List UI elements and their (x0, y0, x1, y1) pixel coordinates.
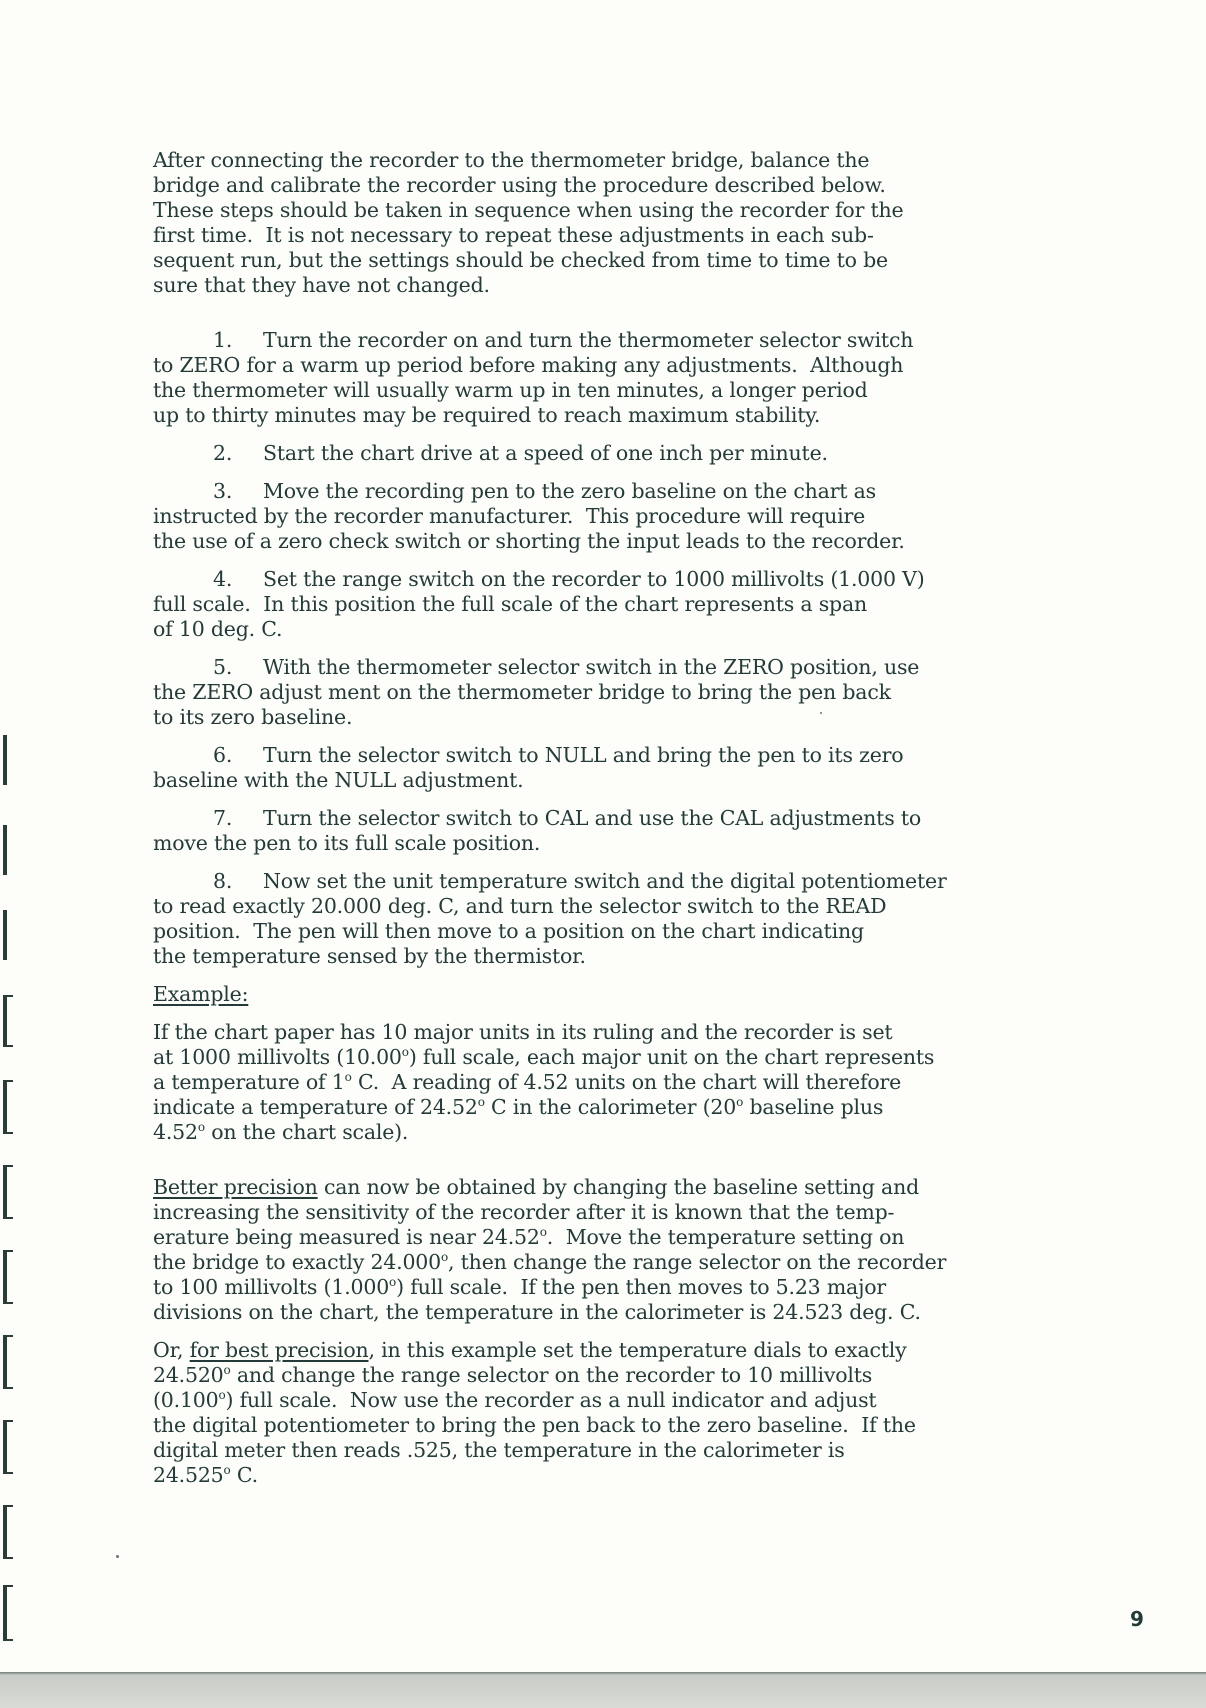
step-number: 2. (153, 441, 263, 466)
step-number: 7. (153, 806, 263, 831)
better-precision-label: Better precision (153, 1175, 318, 1199)
procedure-step: 2.Start the chart drive at a speed of on… (153, 441, 1143, 466)
procedure-step: 4.Set the range switch on the recorder t… (153, 567, 1143, 642)
step-number: 1. (153, 328, 263, 353)
binder-mark (3, 1335, 13, 1389)
step-number: 5. (153, 655, 263, 680)
binder-mark (3, 1585, 13, 1641)
binder-mark (3, 1250, 13, 1304)
procedure-step: 7.Turn the selector switch to CAL and us… (153, 806, 1143, 856)
step-number: 3. (153, 479, 263, 504)
scan-bottom-edge (0, 1672, 1206, 1708)
intro-line: first time. It is not necessary to repea… (153, 223, 1143, 248)
example-paragraph: If the chart paper has 10 major units in… (153, 1020, 1143, 1145)
intro-line: These steps should be taken in sequence … (153, 198, 1143, 223)
procedure-step: 1.Turn the recorder on and turn the ther… (153, 328, 1143, 428)
step-number: 8. (153, 869, 263, 894)
best-precision-paragraph: Or, for best precision, in this example … (153, 1338, 1143, 1488)
procedure-step: 3.Move the recording pen to the zero bas… (153, 479, 1143, 554)
intro-line: sequent run, but the settings should be … (153, 248, 1143, 273)
example-heading: Example: (153, 982, 1143, 1007)
better-precision-paragraph: Better precision can now be obtained by … (153, 1175, 1143, 1325)
procedure-steps: 1.Turn the recorder on and turn the ther… (153, 328, 1143, 969)
intro-line: sure that they have not changed. (153, 273, 1143, 298)
intro-paragraph: After connecting the recorder to the the… (153, 148, 1143, 298)
procedure-step: 8.Now set the unit temperature switch an… (153, 869, 1143, 969)
binder-mark (3, 1165, 13, 1219)
binder-mark (3, 910, 12, 960)
page-number: 9 (1130, 1607, 1144, 1631)
binder-mark (3, 825, 12, 875)
best-precision-label: for best precision (190, 1338, 369, 1362)
document-page: After connecting the recorder to the the… (0, 0, 1206, 1708)
binder-mark (3, 995, 13, 1047)
intro-line: After connecting the recorder to the the… (153, 148, 1143, 173)
binder-mark (3, 1505, 13, 1559)
step-number: 6. (153, 743, 263, 768)
procedure-step: 6.Turn the selector switch to NULL and b… (153, 743, 1143, 793)
dust-speck (820, 712, 822, 714)
procedure-step: 5.With the thermometer selector switch i… (153, 655, 1143, 730)
binder-mark (3, 1080, 13, 1134)
binder-mark (3, 735, 12, 785)
intro-line: bridge and calibrate the recorder using … (153, 173, 1143, 198)
body-text: After connecting the recorder to the the… (153, 148, 1143, 1510)
binder-mark (3, 1420, 13, 1474)
step-number: 4. (153, 567, 263, 592)
dust-speck (116, 1555, 119, 1558)
